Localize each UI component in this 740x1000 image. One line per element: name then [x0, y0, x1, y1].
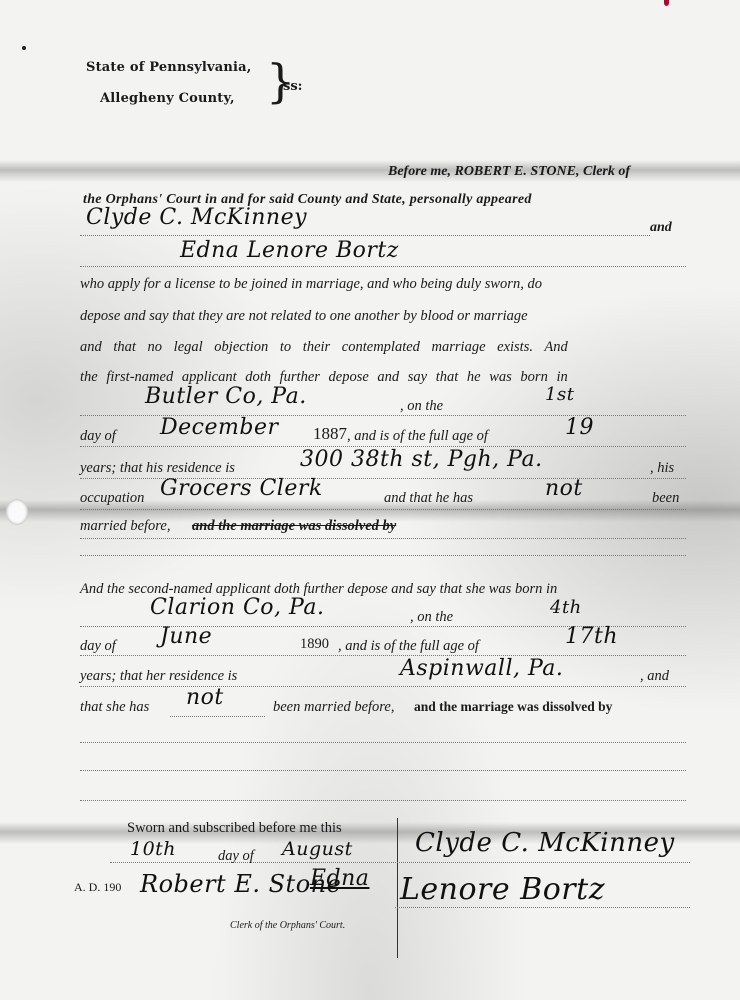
and-label: , and	[640, 668, 669, 685]
bride-birth-month: June	[160, 624, 212, 649]
dotted-line	[80, 538, 686, 539]
sworn-label: Sworn and subscribed before me this	[127, 820, 342, 837]
dissolved-text: and the marriage was dissolved by	[414, 699, 612, 715]
groom-birth-day: 1st	[545, 384, 574, 405]
opening-line: Before me, ROBERT E. STONE, Clerk of	[388, 164, 630, 180]
sworn-day: 10th	[130, 838, 176, 860]
dotted-line	[80, 235, 650, 236]
day-of-label: day of	[80, 638, 116, 655]
county-heading: Allegheny County,	[100, 91, 235, 106]
applicant1-name: Clyde C. McKinney	[86, 205, 307, 230]
para-line: and that no legal objection to their con…	[80, 339, 568, 356]
para-line: depose and say that they are not related…	[80, 308, 528, 325]
bride-birthplace: Clarion Co, Pa.	[150, 595, 324, 620]
groom-birth-month: December	[160, 415, 278, 440]
bride-age: 17th	[565, 624, 618, 649]
bride-residence: Aspinwall, Pa.	[400, 656, 563, 681]
bride-signature: Lenore Bortz	[400, 872, 605, 907]
dotted-line	[80, 800, 686, 801]
punch-hole	[6, 499, 28, 525]
sworn-month: August	[282, 838, 353, 860]
marriage-license-affidavit: State of Pennsylvania, Allegheny County,…	[0, 0, 740, 1000]
groom-signature: Clyde C. McKinney	[415, 828, 675, 858]
bride-married-status: not	[186, 685, 224, 710]
groom-age: 19	[565, 415, 594, 440]
day-of-label: day of	[80, 428, 116, 445]
his-label: , his	[650, 460, 674, 477]
para-line: who apply for a license to be joined in …	[80, 276, 542, 293]
married-before-label: married before,	[80, 518, 170, 535]
age-label: , and is of the full age of	[338, 638, 479, 655]
been-label: been	[652, 490, 679, 507]
clerk-title: Clerk of the Orphans' Court.	[230, 920, 345, 931]
on-the-label: , on the	[400, 398, 443, 415]
dotted-line	[395, 907, 690, 908]
bride-signature-first: Edna	[310, 866, 369, 891]
divider-line	[397, 818, 398, 958]
dotted-line	[110, 862, 690, 863]
day-of-label: day of	[218, 848, 254, 865]
dotted-line	[80, 742, 686, 743]
residence-label: years; that his residence is	[80, 460, 235, 477]
groom-occupation: Grocers Clerk	[160, 476, 323, 501]
has-label: that she has	[80, 699, 149, 716]
dotted-line	[80, 509, 686, 510]
ink-dot	[22, 46, 26, 50]
dotted-line	[80, 655, 686, 656]
dotted-line	[80, 266, 686, 267]
struck-dissolved-text: and the marriage was dissolved by	[192, 518, 396, 535]
on-the-label: , on the	[410, 609, 453, 626]
dotted-line	[80, 555, 686, 556]
age-label: , and is of the full age of	[347, 428, 488, 445]
bride-birth-year: 1890	[300, 636, 329, 653]
groom-married-status: not	[545, 476, 583, 501]
dotted-line	[80, 770, 686, 771]
red-mark	[664, 0, 669, 6]
and-label: and	[650, 220, 672, 236]
married-before-label: been married before,	[273, 699, 394, 716]
groom-birthplace: Butler Co, Pa.	[145, 384, 307, 409]
groom-birth-year: 1887	[313, 424, 347, 444]
residence-label: years; that her residence is	[80, 668, 237, 685]
has-label: and that he has	[384, 490, 473, 507]
dotted-line	[80, 686, 686, 687]
state-heading: State of Pennsylvania,	[86, 60, 252, 75]
ss-label: ss:	[283, 79, 302, 94]
occupation-label: occupation	[80, 490, 144, 507]
applicant2-name: Edna Lenore Bortz	[180, 238, 399, 263]
dotted-line	[170, 716, 265, 717]
bride-birth-day: 4th	[550, 597, 582, 618]
groom-residence: 300 38th st, Pgh, Pa.	[300, 447, 543, 472]
ad-label: A. D. 190	[74, 880, 121, 895]
